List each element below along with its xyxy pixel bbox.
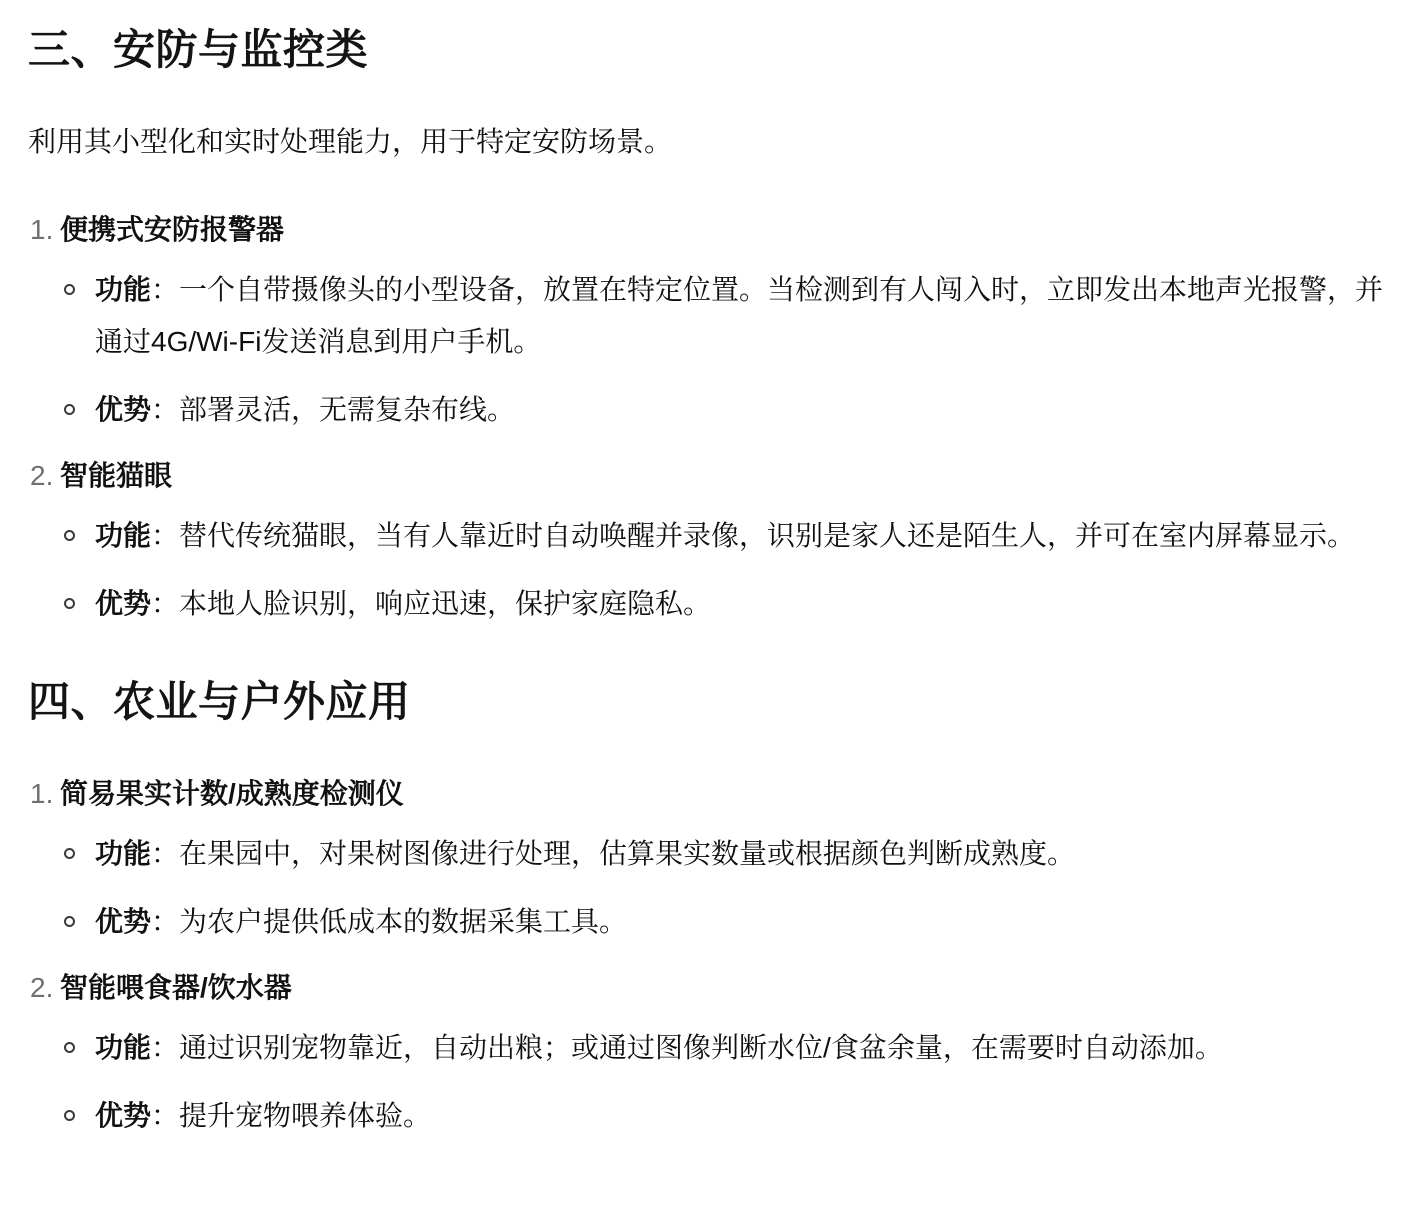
bullet-list: 功能：在果园中，对果树图像进行处理，估算果实数量或根据颜色判断成熟度。 优势：为… [60, 828, 1384, 948]
point-separator: ： [151, 838, 179, 869]
bullet-point: 功能：替代传统猫眼，当有人靠近时自动唤醒并录像，识别是家人还是陌生人，并可在室内… [95, 510, 1384, 562]
point-label: 功能 [95, 274, 151, 305]
circle-bullet-icon [64, 404, 75, 415]
point-label: 优势 [95, 394, 151, 425]
document-body: 三、安防与监控类 利用其小型化和实时处理能力，用于特定安防场景。 1. 便携式安… [0, 0, 1412, 1142]
section-security: 三、安防与监控类 利用其小型化和实时处理能力，用于特定安防场景。 1. 便携式安… [28, 24, 1384, 630]
point-text: 本地人脸识别，响应迅速，保护家庭隐私。 [179, 588, 711, 619]
point-separator: ： [151, 1100, 179, 1131]
list-item: 1. 便携式安防报警器 功能：一个自带摄像头的小型设备，放置在特定位置。当检测到… [28, 204, 1384, 436]
point-label: 优势 [95, 906, 151, 937]
item-list: 1. 简易果实计数/成熟度检测仪 功能：在果园中，对果树图像进行处理，估算果实数… [28, 768, 1384, 1142]
point-separator: ： [151, 520, 179, 551]
bullet-list: 功能：一个自带摄像头的小型设备，放置在特定位置。当检测到有人闯入时，立即发出本地… [60, 264, 1384, 436]
bullet-point: 优势：本地人脸识别，响应迅速，保护家庭隐私。 [95, 578, 1384, 630]
list-item-title: 便携式安防报警器 [60, 214, 284, 245]
point-text: 部署灵活，无需复杂布线。 [179, 394, 515, 425]
point-label: 功能 [95, 838, 151, 869]
circle-bullet-icon [64, 848, 75, 859]
section-agriculture: 四、农业与户外应用 1. 简易果实计数/成熟度检测仪 功能：在果园中，对果树图像… [28, 676, 1384, 1142]
point-text: 为农户提供低成本的数据采集工具。 [179, 906, 627, 937]
circle-bullet-icon [64, 1110, 75, 1121]
circle-bullet-icon [64, 598, 75, 609]
point-label: 功能 [95, 1032, 151, 1063]
circle-bullet-icon [64, 1042, 75, 1053]
bullet-list: 功能：替代传统猫眼，当有人靠近时自动唤醒并录像，识别是家人还是陌生人，并可在室内… [60, 510, 1384, 630]
list-item-number: 2. [30, 450, 53, 502]
point-label: 优势 [95, 1100, 151, 1131]
circle-bullet-icon [64, 530, 75, 541]
point-separator: ： [151, 906, 179, 937]
section-heading: 三、安防与监控类 [28, 24, 1384, 76]
list-item-number: 1. [30, 768, 53, 820]
list-item-number: 1. [30, 204, 53, 256]
list-item-number: 2. [30, 962, 53, 1014]
list-item: 2. 智能喂食器/饮水器 功能：通过识别宠物靠近，自动出粮；或通过图像判断水位/… [28, 962, 1384, 1142]
list-item-title: 简易果实计数/成熟度检测仪 [60, 778, 404, 809]
bullet-point: 优势：部署灵活，无需复杂布线。 [95, 384, 1384, 436]
section-heading: 四、农业与户外应用 [28, 676, 1384, 728]
item-list: 1. 便携式安防报警器 功能：一个自带摄像头的小型设备，放置在特定位置。当检测到… [28, 204, 1384, 630]
point-label: 功能 [95, 520, 151, 551]
point-separator: ： [151, 274, 179, 305]
bullet-point: 功能：在果园中，对果树图像进行处理，估算果实数量或根据颜色判断成熟度。 [95, 828, 1384, 880]
section-intro: 利用其小型化和实时处理能力，用于特定安防场景。 [28, 116, 1384, 168]
bullet-point: 优势：提升宠物喂养体验。 [95, 1090, 1384, 1142]
list-item-title: 智能喂食器/饮水器 [60, 972, 292, 1003]
circle-bullet-icon [64, 916, 75, 927]
point-text: 提升宠物喂养体验。 [179, 1100, 431, 1131]
point-separator: ： [151, 588, 179, 619]
list-item: 1. 简易果实计数/成熟度检测仪 功能：在果园中，对果树图像进行处理，估算果实数… [28, 768, 1384, 948]
bullet-point: 功能：一个自带摄像头的小型设备，放置在特定位置。当检测到有人闯入时，立即发出本地… [95, 264, 1384, 368]
bullet-point: 功能：通过识别宠物靠近，自动出粮；或通过图像判断水位/食盆余量，在需要时自动添加… [95, 1022, 1384, 1074]
point-text: 替代传统猫眼，当有人靠近时自动唤醒并录像，识别是家人还是陌生人，并可在室内屏幕显… [179, 520, 1355, 551]
point-separator: ： [151, 394, 179, 425]
circle-bullet-icon [64, 284, 75, 295]
point-label: 优势 [95, 588, 151, 619]
list-item: 2. 智能猫眼 功能：替代传统猫眼，当有人靠近时自动唤醒并录像，识别是家人还是陌… [28, 450, 1384, 630]
bullet-list: 功能：通过识别宠物靠近，自动出粮；或通过图像判断水位/食盆余量，在需要时自动添加… [60, 1022, 1384, 1142]
point-text: 在果园中，对果树图像进行处理，估算果实数量或根据颜色判断成熟度。 [179, 838, 1075, 869]
point-text: 一个自带摄像头的小型设备，放置在特定位置。当检测到有人闯入时，立即发出本地声光报… [95, 274, 1383, 357]
point-text: 通过识别宠物靠近，自动出粮；或通过图像判断水位/食盆余量，在需要时自动添加。 [179, 1032, 1223, 1063]
list-item-title: 智能猫眼 [60, 460, 172, 491]
bullet-point: 优势：为农户提供低成本的数据采集工具。 [95, 896, 1384, 948]
point-separator: ： [151, 1032, 179, 1063]
